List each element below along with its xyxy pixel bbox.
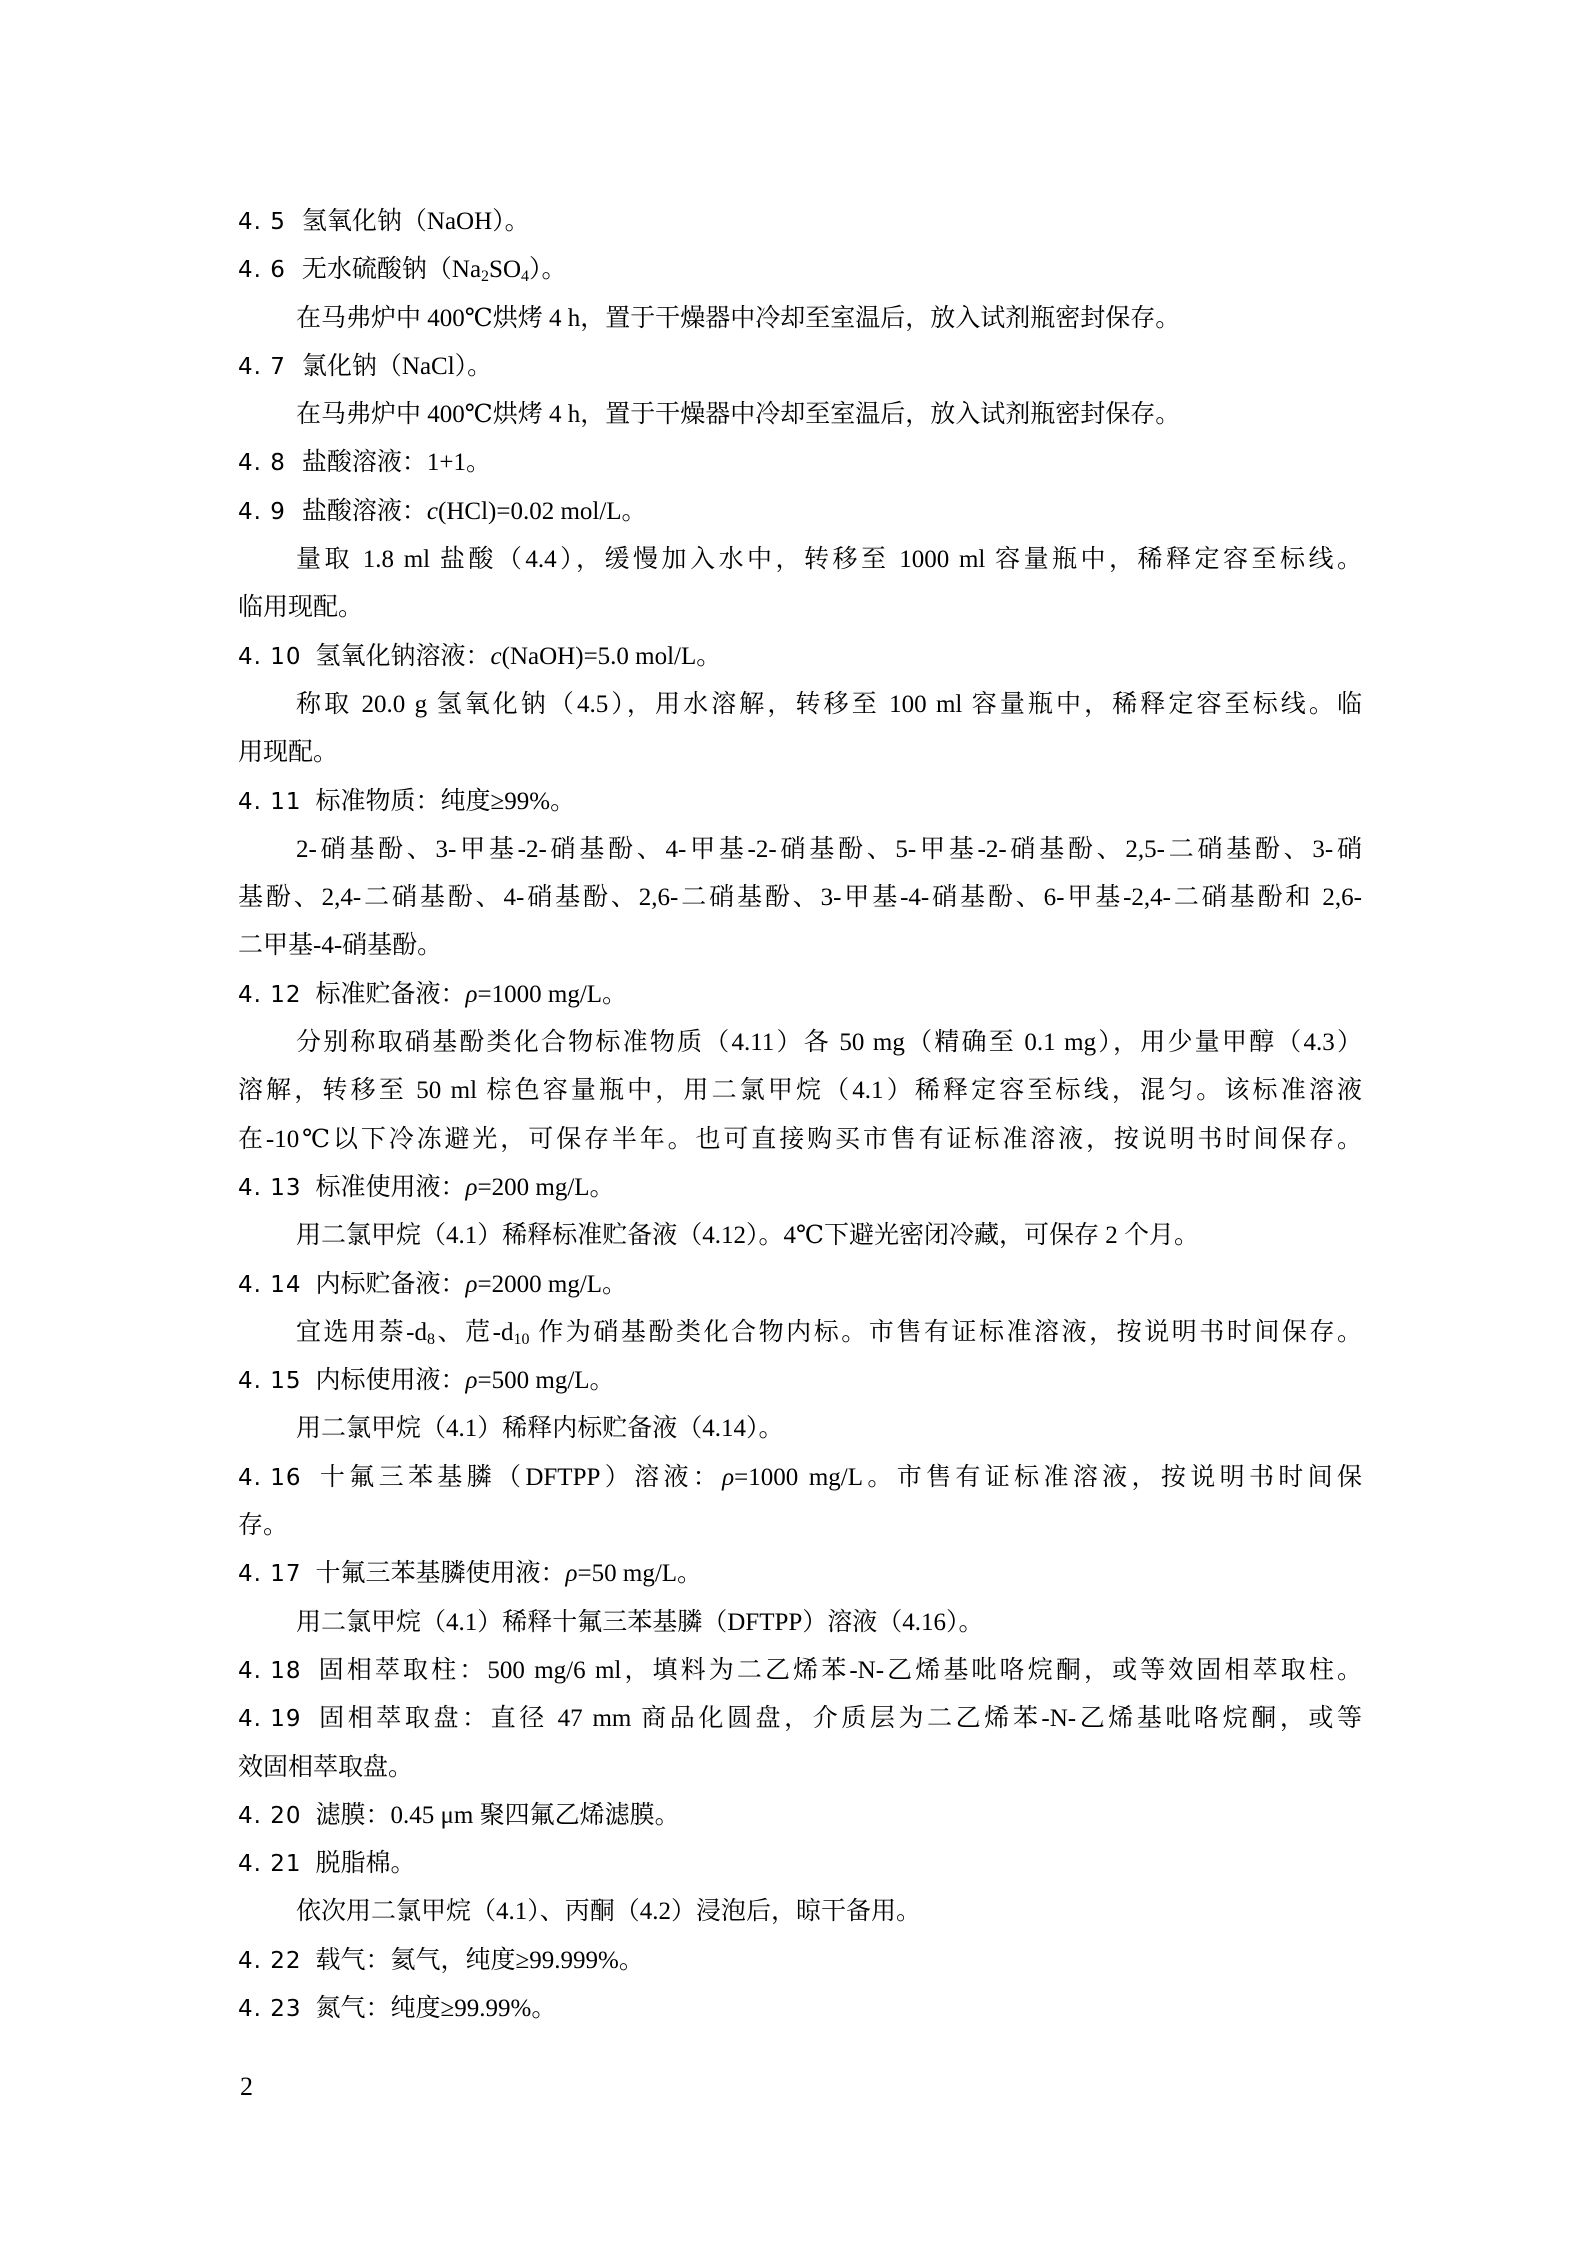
clause-text: 载气：氦气，纯度≥99.999%。 — [316, 1947, 644, 1974]
clause-number: 4. 12 — [238, 971, 302, 1019]
clause-4-7: 4. 7氯化钠（NaCl）。 — [238, 343, 1362, 391]
variable: ρ — [566, 1560, 578, 1587]
clause-4-12: 4. 12标准贮备液：ρ=1000 mg/L。 — [238, 971, 1362, 1019]
clause-number: 4. 20 — [238, 1792, 302, 1840]
clause-4-10: 4. 10氢氧化钠溶液：c(NaOH)=5.0 mol/L。 — [238, 633, 1362, 681]
clause-label: 内标使用液： — [316, 1367, 466, 1394]
clause-4-8: 4. 8盐酸溶液：1+1。 — [238, 439, 1362, 487]
clause-number: 4. 7 — [238, 343, 286, 391]
clause-number: 4. 9 — [238, 488, 286, 536]
clause-4-15: 4. 15内标使用液：ρ=500 mg/L。 — [238, 1357, 1362, 1405]
clause-4-10-paragraph-line: 用现配。 — [238, 729, 1362, 777]
clause-4-11-paragraph-line: 二甲基-4-硝基酚。 — [238, 922, 1362, 970]
clause-text: SO — [489, 256, 521, 283]
clause-label: 十氟三苯基膦使用液： — [316, 1560, 566, 1587]
clause-4-19-continuation: 效固相萃取盘。 — [238, 1744, 1362, 1792]
variable: ρ — [466, 1367, 478, 1394]
clause-4-20: 4. 20滤膜：0.45 μm 聚四氟乙烯滤膜。 — [238, 1792, 1362, 1840]
subscript: 8 — [427, 1331, 435, 1348]
clause-text: 滤膜：0.45 μm 聚四氟乙烯滤膜。 — [316, 1802, 680, 1829]
clause-4-13: 4. 13标准使用液：ρ=200 mg/L。 — [238, 1164, 1362, 1212]
clause-4-21: 4. 21脱脂棉。 — [238, 1840, 1362, 1888]
clause-4-11-paragraph-line: 基酚、2,4-二硝基酚、4-硝基酚、2,6-二硝基酚、3-甲基-4-硝基酚、6-… — [238, 874, 1362, 922]
clause-number: 4. 22 — [238, 1937, 302, 1985]
clause-label: 氢氧化钠溶液： — [316, 643, 491, 670]
clause-number: 4. 17 — [238, 1550, 302, 1598]
clause-number: 4. 13 — [238, 1164, 302, 1212]
subscript: 10 — [513, 1331, 529, 1348]
clause-number: 4. 6 — [238, 246, 286, 294]
clause-4-23: 4. 23氮气：纯度≥99.99%。 — [238, 1985, 1362, 2033]
variable: c — [491, 643, 502, 670]
clause-text: =200 mg/L。 — [478, 1174, 615, 1201]
clause-text: (NaOH)=5.0 mol/L。 — [502, 643, 722, 670]
clause-4-22: 4. 22载气：氦气，纯度≥99.999%。 — [238, 1937, 1362, 1985]
clause-4-7-paragraph: 在马弗炉中 400℃烘烤 4 h，置于干燥器中冷却至室温后，放入试剂瓶密封保存。 — [238, 391, 1362, 439]
clause-text: =2000 mg/L。 — [478, 1271, 628, 1298]
clause-number: 4. 16 — [238, 1454, 302, 1502]
clause-label: 十氟三苯基膦（DFTPP）溶液： — [316, 1464, 723, 1491]
clause-text: =1000 mg/L。市售有证标准溶液，按说明书时间保 — [734, 1464, 1362, 1491]
clause-4-5: 4. 5氢氧化钠（NaOH）。 — [238, 198, 1362, 246]
page-number: 2 — [240, 2072, 253, 2102]
variable: ρ — [466, 1174, 478, 1201]
clause-label: 标准贮备液： — [316, 981, 466, 1008]
paragraph-text: 宜选用萘-d — [296, 1319, 427, 1346]
clause-text: 固相萃取柱：500 mg/6 ml，填料为二乙烯苯-N-乙烯基吡咯烷酮，或等效固… — [316, 1657, 1362, 1684]
clause-text: =500 mg/L。 — [478, 1367, 615, 1394]
clause-number: 4. 5 — [238, 198, 286, 246]
variable: ρ — [722, 1464, 734, 1491]
document-body: 4. 5氢氧化钠（NaOH）。 4. 6无水硫酸钠（Na2SO4）。 在马弗炉中… — [238, 198, 1362, 2033]
paragraph-text: 、苊-d — [435, 1319, 513, 1346]
clause-text: 标准物质：纯度≥99%。 — [316, 788, 576, 815]
clause-text: 氮气：纯度≥99.99%。 — [316, 1995, 557, 2022]
clause-number: 4. 23 — [238, 1985, 302, 2033]
clause-text: (HCl)=0.02 mol/L。 — [438, 498, 647, 525]
clause-number: 4. 19 — [238, 1695, 302, 1743]
clause-number: 4. 21 — [238, 1840, 302, 1888]
clause-text: 无水硫酸钠（Na — [302, 256, 481, 283]
clause-text: 脱脂棉。 — [316, 1850, 416, 1877]
clause-4-12-paragraph-line: 溶解，转移至 50 ml 棕色容量瓶中，用二氯甲烷（4.1）稀释定容至标线，混匀… — [238, 1067, 1362, 1115]
clause-label: 标准使用液： — [316, 1174, 466, 1201]
clause-4-17: 4. 17十氟三苯基膦使用液：ρ=50 mg/L。 — [238, 1550, 1362, 1598]
clause-number: 4. 18 — [238, 1647, 302, 1695]
clause-text: 氯化钠（NaCl）。 — [302, 353, 492, 380]
clause-4-6: 4. 6无水硫酸钠（Na2SO4）。 — [238, 246, 1362, 294]
clause-text: 固相萃取盘：直径 47 mm 商品化圆盘，介质层为二乙烯苯-N-乙烯基吡咯烷酮，… — [316, 1705, 1362, 1732]
clause-4-11-paragraph-line: 2-硝基酚、3-甲基-2-硝基酚、4-甲基-2-硝基酚、5-甲基-2-硝基酚、2… — [238, 826, 1362, 874]
clause-4-6-paragraph: 在马弗炉中 400℃烘烤 4 h，置于干燥器中冷却至室温后，放入试剂瓶密封保存。 — [238, 295, 1362, 343]
subscript: 2 — [481, 268, 489, 285]
clause-4-16: 4. 16十氟三苯基膦（DFTPP）溶液：ρ=1000 mg/L。市售有证标准溶… — [238, 1454, 1362, 1502]
clause-text: ）。 — [529, 256, 567, 283]
subscript: 4 — [521, 268, 529, 285]
clause-4-21-paragraph: 依次用二氯甲烷（4.1）、丙酮（4.2）浸泡后，晾干备用。 — [238, 1888, 1362, 1936]
clause-4-14: 4. 14内标贮备液：ρ=2000 mg/L。 — [238, 1261, 1362, 1309]
variable: ρ — [466, 981, 478, 1008]
clause-text: =1000 mg/L。 — [478, 981, 628, 1008]
variable: c — [427, 498, 438, 525]
clause-number: 4. 10 — [238, 633, 302, 681]
clause-4-15-paragraph: 用二氯甲烷（4.1）稀释内标贮备液（4.14）。 — [238, 1405, 1362, 1453]
clause-4-17-paragraph: 用二氯甲烷（4.1）稀释十氟三苯基膦（DFTPP）溶液（4.16）。 — [238, 1599, 1362, 1647]
clause-4-10-paragraph-line: 称取 20.0 g 氢氧化钠（4.5），用水溶解，转移至 100 ml 容量瓶中… — [238, 681, 1362, 729]
clause-4-18: 4. 18固相萃取柱：500 mg/6 ml，填料为二乙烯苯-N-乙烯基吡咯烷酮… — [238, 1647, 1362, 1695]
clause-4-12-paragraph-line: 在-10℃以下冷冻避光，可保存半年。也可直接购买市售有证标准溶液，按说明书时间保… — [238, 1116, 1362, 1164]
clause-text: 盐酸溶液：1+1。 — [302, 449, 491, 476]
clause-4-9: 4. 9盐酸溶液：c(HCl)=0.02 mol/L。 — [238, 488, 1362, 536]
paragraph-text: 作为硝基酚类化合物内标。市售有证标准溶液，按说明书时间保存。 — [529, 1319, 1362, 1346]
clause-4-14-paragraph: 宜选用萘-d8、苊-d10 作为硝基酚类化合物内标。市售有证标准溶液，按说明书时… — [238, 1309, 1362, 1357]
clause-number: 4. 14 — [238, 1261, 302, 1309]
clause-4-9-paragraph-line: 量取 1.8 ml 盐酸（4.4），缓慢加入水中，转移至 1000 ml 容量瓶… — [238, 536, 1362, 584]
clause-4-16-continuation: 存。 — [238, 1502, 1362, 1550]
clause-number: 4. 11 — [238, 778, 302, 826]
clause-number: 4. 15 — [238, 1357, 302, 1405]
clause-number: 4. 8 — [238, 439, 286, 487]
clause-4-19: 4. 19固相萃取盘：直径 47 mm 商品化圆盘，介质层为二乙烯苯-N-乙烯基… — [238, 1695, 1362, 1743]
clause-label: 内标贮备液： — [316, 1271, 466, 1298]
clause-label: 盐酸溶液： — [302, 498, 427, 525]
variable: ρ — [466, 1271, 478, 1298]
clause-4-12-paragraph-line: 分别称取硝基酚类化合物标准物质（4.11）各 50 mg（精确至 0.1 mg）… — [238, 1019, 1362, 1067]
clause-text: 氢氧化钠（NaOH）。 — [302, 208, 530, 235]
clause-4-13-paragraph: 用二氯甲烷（4.1）稀释标准贮备液（4.12）。4℃下避光密闭冷藏，可保存 2 … — [238, 1212, 1362, 1260]
clause-4-11: 4. 11标准物质：纯度≥99%。 — [238, 778, 1362, 826]
clause-4-9-paragraph-line: 临用现配。 — [238, 584, 1362, 632]
clause-text: =50 mg/L。 — [578, 1560, 703, 1587]
